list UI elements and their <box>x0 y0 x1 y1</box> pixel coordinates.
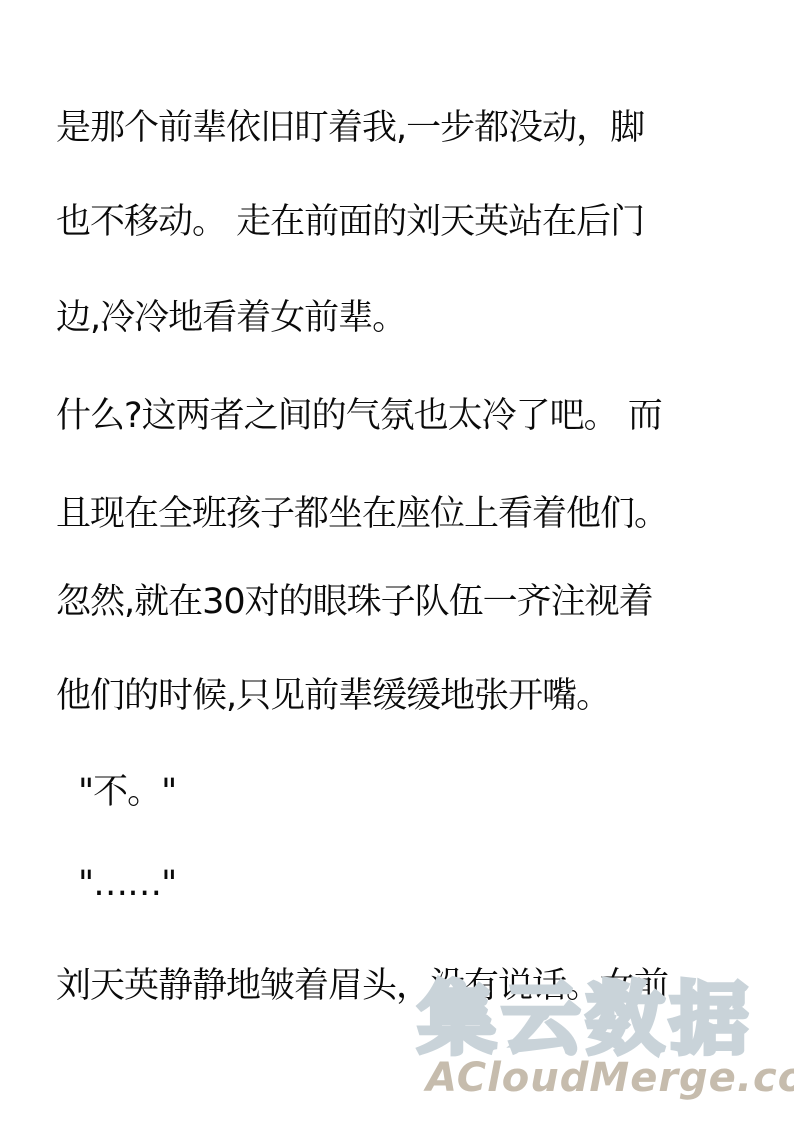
text-line-8: 刘天英静静地皱着眉头，没有说话。女前 <box>56 966 668 1006</box>
document-page: 是那个前辈依旧盯着我,一步都没动，脚 也不移动。 走在前面的刘天英站在后门 边,… <box>0 0 794 1122</box>
dialogue-line-2: "……" <box>78 864 176 904</box>
text-line-6: 忽然,就在30对的眼珠子队伍一齐注视着 <box>56 582 653 622</box>
text-line-1: 是那个前辈依旧盯着我,一步都没动，脚 <box>56 108 644 148</box>
text-line-2: 也不移动。 走在前面的刘天英站在后门 <box>56 202 644 242</box>
text-line-5: 且现在全班孩子都坐在座位上看着他们。 <box>56 494 668 534</box>
text-line-3: 边,冷冷地看着女前辈。 <box>56 298 406 338</box>
watermark-english: ACloudMerge.com <box>426 1055 794 1101</box>
text-line-4: 什么?这两者之间的气氛也太冷了吧。 而 <box>56 396 662 436</box>
text-line-7: 他们的时候,只见前辈缓缓地张开嘴。 <box>56 676 610 716</box>
dialogue-line-1: "不。" <box>78 772 176 812</box>
